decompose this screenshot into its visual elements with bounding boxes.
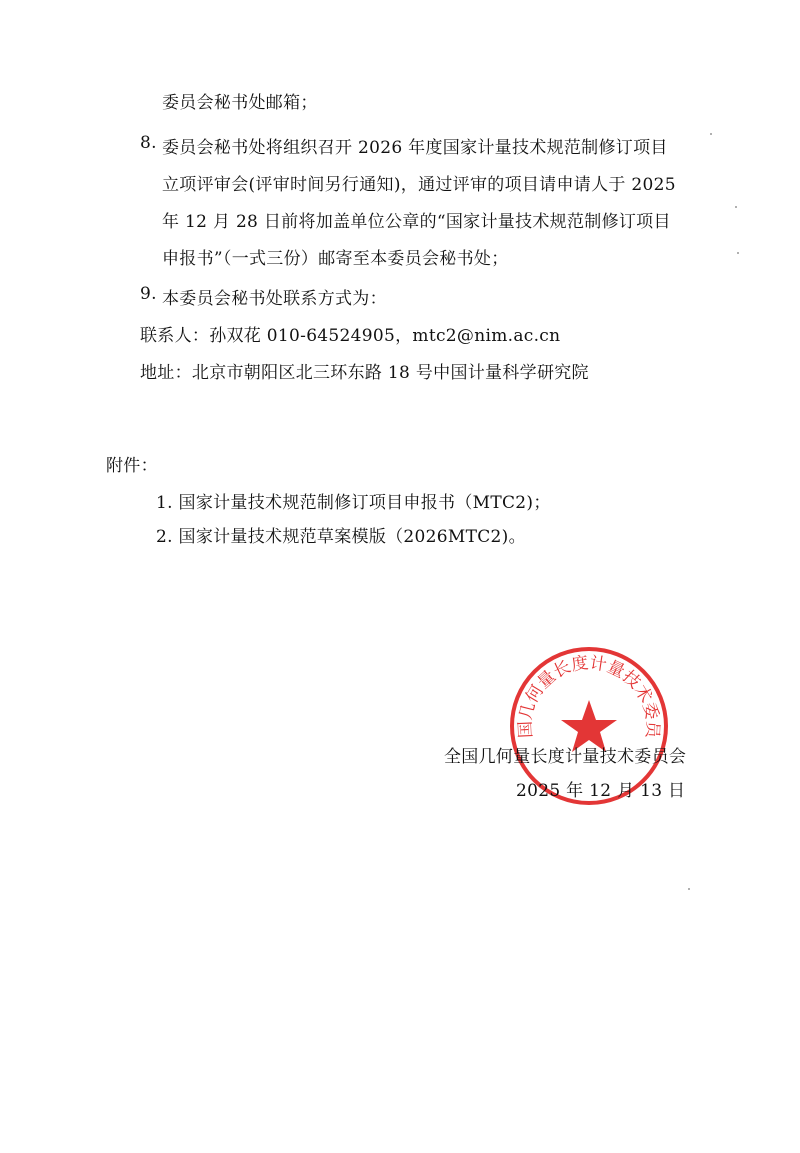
scan-speck (710, 133, 712, 135)
continuation-line: 委员会秘书处邮箱； (162, 88, 318, 113)
scan-speck (737, 252, 739, 254)
item-8-line-3: 年 12 月 28 日前将加盖单位公章的“国家计量技术规范制修订项目 (162, 207, 671, 232)
signature-organization: 全国几何量长度计量技术委员会 (444, 742, 686, 767)
scan-speck (735, 206, 737, 208)
item-9-text: 本委员会秘书处联系方式为： (162, 284, 387, 309)
item-8-number: 8. (140, 133, 157, 153)
item-8-line-1: 委员会秘书处将组织召开 2026 年度国家计量技术规范制修订项目 (162, 133, 668, 158)
item-8-line-4: 申报书”（一式三份）邮寄至本委员会秘书处； (162, 244, 509, 269)
item-8-line-2: 立项评审会(评审时间另行通知)，通过评审的项目请申请人于 2025 (162, 170, 676, 195)
address-line: 地址：北京市朝阳区北三环东路 18 号中国计量科学研究院 (140, 358, 589, 383)
item-9-number: 9. (140, 284, 157, 304)
signature-date: 2025 年 12 月 13 日 (516, 776, 685, 801)
attachments-label: 附件： (106, 451, 158, 476)
scan-speck (688, 888, 690, 890)
attachment-item-1: 1. 国家计量技术规范制修订项目申报书（MTC2)； (156, 488, 551, 513)
contact-line: 联系人：孙双花 010-64524905，mtc2@nim.ac.cn (140, 321, 560, 346)
attachment-item-2: 2. 国家计量技术规范草案模版（2026MTC2)。 (156, 522, 526, 547)
